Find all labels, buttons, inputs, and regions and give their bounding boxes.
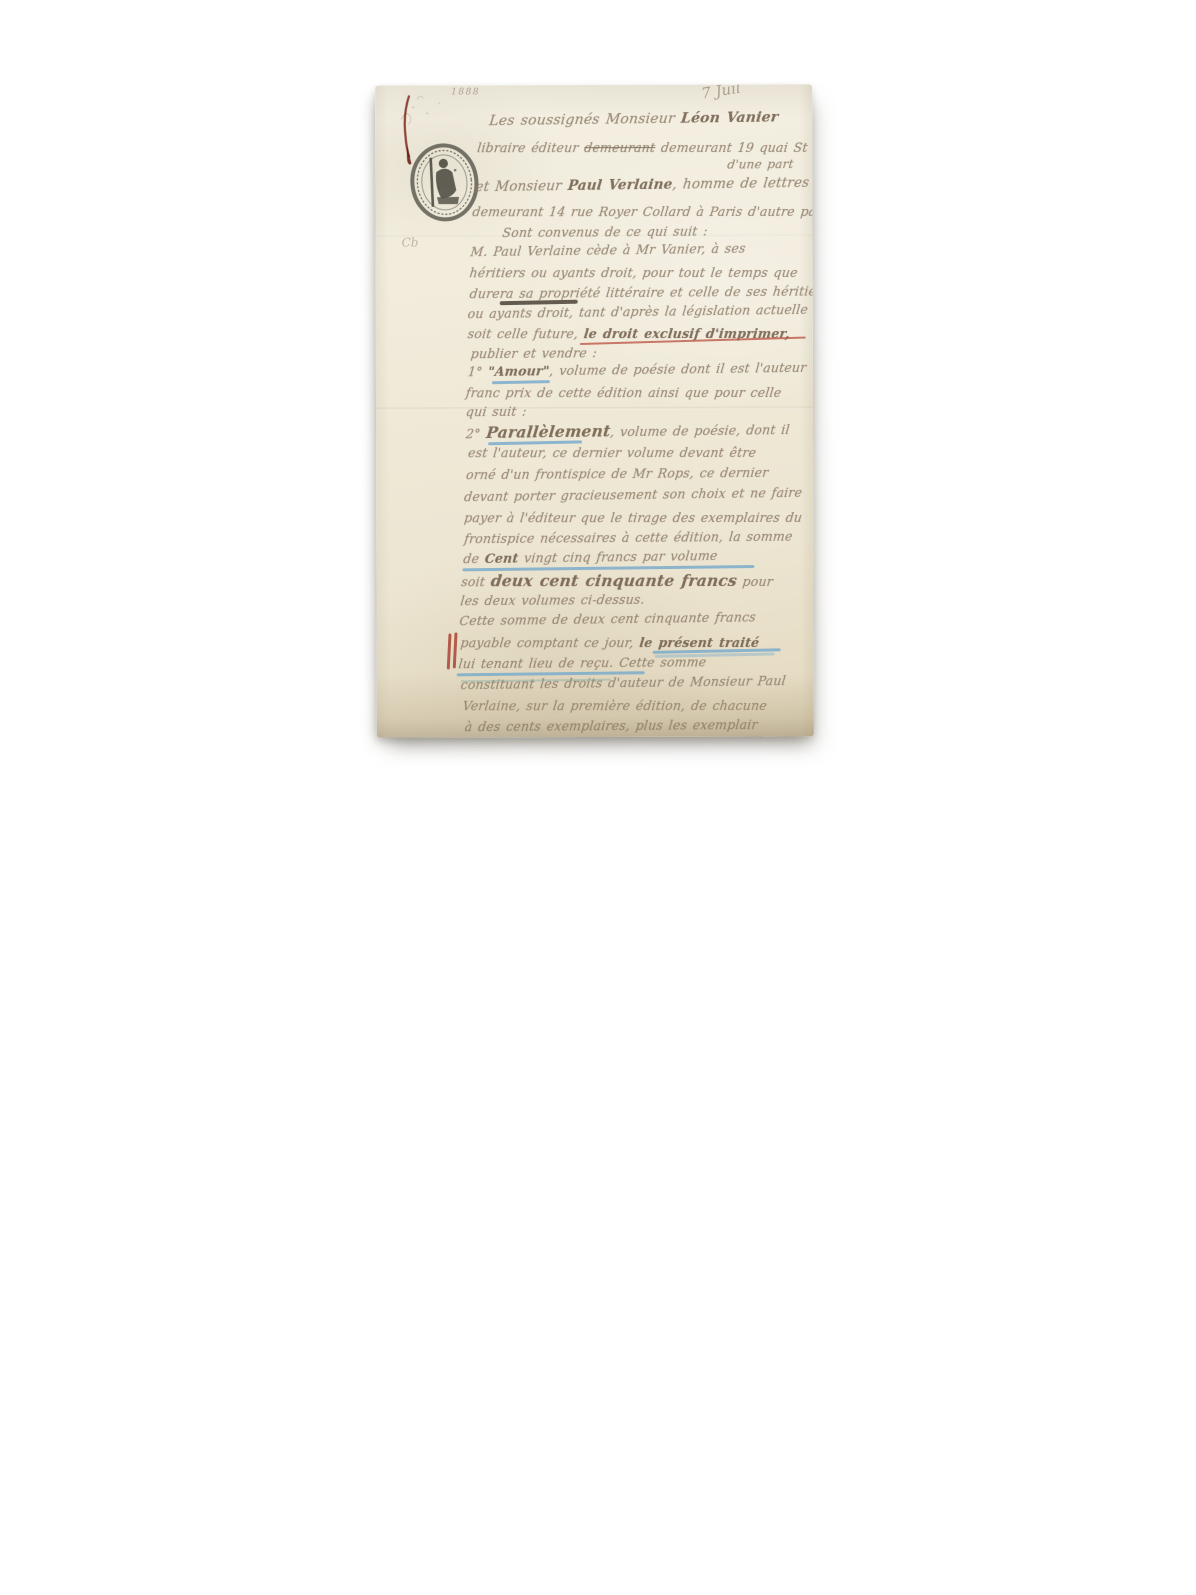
underline-mark bbox=[461, 679, 611, 683]
underline-mark bbox=[655, 652, 775, 657]
underline-mark bbox=[462, 565, 754, 571]
underline-mark bbox=[492, 380, 550, 384]
ink-smudge bbox=[500, 300, 578, 305]
margin-mark bbox=[453, 632, 457, 668]
underline-mark bbox=[457, 671, 645, 676]
margin-mark bbox=[447, 633, 451, 669]
manuscript-photo: 1888 7 Juil Cb Les soussignés Monsieur L… bbox=[375, 84, 814, 737]
underline-mark bbox=[488, 440, 582, 444]
underline-mark bbox=[653, 648, 781, 653]
page-background: { "photo": { "paper_color": "#f0ead9", "… bbox=[0, 0, 1196, 1595]
underline-mark bbox=[580, 337, 806, 346]
marks-layer bbox=[375, 84, 814, 737]
